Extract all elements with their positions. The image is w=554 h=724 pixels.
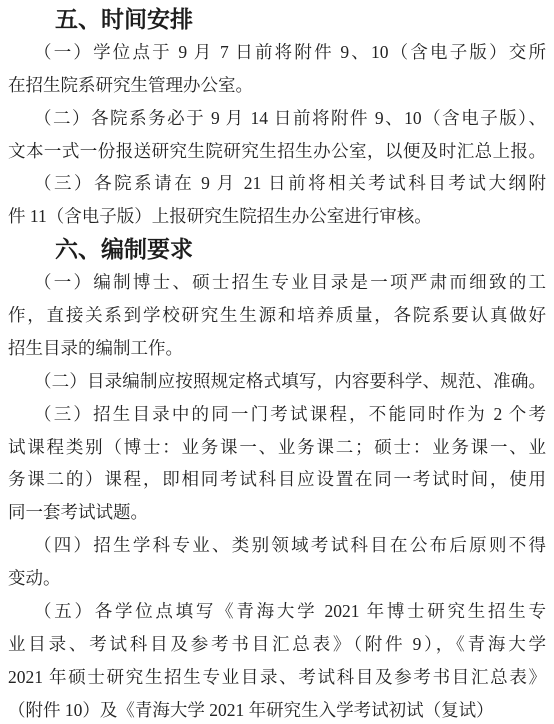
paragraph: （三）招生目录中的同一门考试课程，不能同时作为 2 个考 试课程类别（博士：业务… bbox=[8, 398, 546, 530]
text-line: 招生目录的编制工作。 bbox=[8, 332, 546, 365]
text-line: 务课二的）课程，即相同考试科目应设置在同一考试时间，使用 bbox=[8, 463, 546, 496]
text-line: （三）招生目录中的同一门考试课程，不能同时作为 2 个考 bbox=[8, 398, 546, 431]
text-line: 作，直接关系到学校研究生生源和培养质量，各院系要认真做好 bbox=[8, 299, 546, 332]
text-line: 文本一式一份报送研究生院研究生招生办公室，以便及时汇总上报。 bbox=[8, 135, 546, 168]
paragraph: （二）目录编制应按照规定格式填写，内容要科学、规范、准确。 bbox=[8, 365, 546, 398]
section-compilation-requirements: 六、编制要求 （一）编制博士、硕士招生专业目录是一项严肃而细致的工 作，直接关系… bbox=[8, 233, 546, 724]
text-line: 件 11（含电子版）上报研究生院招生办公室进行审核。 bbox=[8, 200, 546, 233]
text-line: （二）目录编制应按照规定格式填写，内容要科学、规范、准确。 bbox=[8, 365, 546, 398]
text-line: （四）招生学科专业、类别领域考试科目在公布后原则不得 bbox=[8, 529, 546, 562]
paragraph: （四）招生学科专业、类别领域考试科目在公布后原则不得 变动。 bbox=[8, 529, 546, 595]
text-line: 业目录、考试科目及参考书目汇总表》（附件 9），《青海大学 bbox=[8, 628, 546, 661]
text-line: （附件 10）及《青海大学 2021 年研究生入学考试初试（复试） bbox=[8, 694, 546, 724]
paragraph: （一）学位点于 9 月 7 日前将附件 9、10（含电子版）交所 在招生院系研究… bbox=[8, 36, 546, 102]
document-page: 五、时间安排 （一）学位点于 9 月 7 日前将附件 9、10（含电子版）交所 … bbox=[0, 0, 554, 724]
text-line: （三）各院系请在 9 月 21 日前将相关考试科目考试大纲附 bbox=[8, 167, 546, 200]
text-line: 试课程类别（博士：业务课一、业务课二；硕士：业务课一、业 bbox=[8, 431, 546, 464]
text-line: （二）各院系务必于 9 月 14 日前将附件 9、10（含电子版）、 bbox=[8, 102, 546, 135]
section-time-arrangement: 五、时间安排 （一）学位点于 9 月 7 日前将附件 9、10（含电子版）交所 … bbox=[8, 3, 546, 233]
section-heading-time-arrangement: 五、时间安排 bbox=[8, 3, 546, 36]
text-line: （五）各学位点填写《青海大学 2021 年博士研究生招生专 bbox=[8, 595, 546, 628]
text-line: （一）学位点于 9 月 7 日前将附件 9、10（含电子版）交所 bbox=[8, 36, 546, 69]
text-line: （一）编制博士、硕士招生专业目录是一项严肃而细致的工 bbox=[8, 266, 546, 299]
paragraph: （一）编制博士、硕士招生专业目录是一项严肃而细致的工 作，直接关系到学校研究生生… bbox=[8, 266, 546, 365]
paragraph: （二）各院系务必于 9 月 14 日前将附件 9、10（含电子版）、 文本一式一… bbox=[8, 102, 546, 168]
text-line: 2021 年硕士研究生招生专业目录、考试科目及参考书目汇总表》 bbox=[8, 661, 546, 694]
paragraph: （三）各院系请在 9 月 21 日前将相关考试科目考试大纲附 件 11（含电子版… bbox=[8, 167, 546, 233]
text-line: 在招生院系研究生管理办公室。 bbox=[8, 69, 546, 102]
section-heading-compilation-requirements: 六、编制要求 bbox=[8, 233, 546, 266]
paragraph: （五）各学位点填写《青海大学 2021 年博士研究生招生专 业目录、考试科目及参… bbox=[8, 595, 546, 724]
text-line: 变动。 bbox=[8, 562, 546, 595]
text-line: 同一套考试试题。 bbox=[8, 496, 546, 529]
